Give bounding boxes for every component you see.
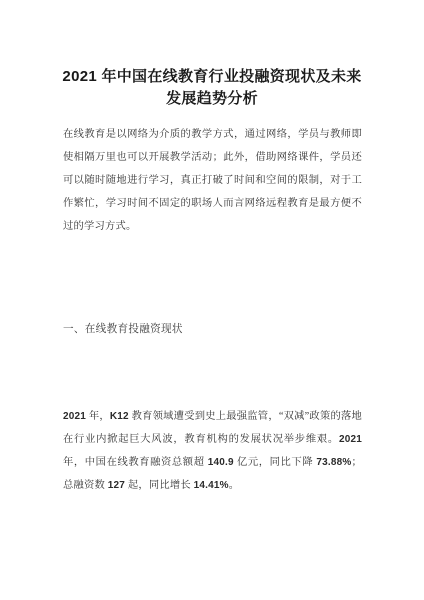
document-title: 2021 年中国在线教育行业投融资现状及未来发展趋势分析 <box>57 66 367 110</box>
intro-paragraph: 在线教育是以网络为介质的教学方式，通过网络，学员与教师即使相隔万里也可以开展教学… <box>63 123 362 238</box>
section-paragraph: 2021 年，K12 教育领域遭受到史上最强监管，“双减”政策的落地在行业内掀起… <box>63 405 362 497</box>
document-page: 2021 年中国在线教育行业投融资现状及未来发展趋势分析 在线教育是以网络为介质… <box>0 0 424 600</box>
section-heading: 一、在线教育投融资现状 <box>63 318 183 341</box>
